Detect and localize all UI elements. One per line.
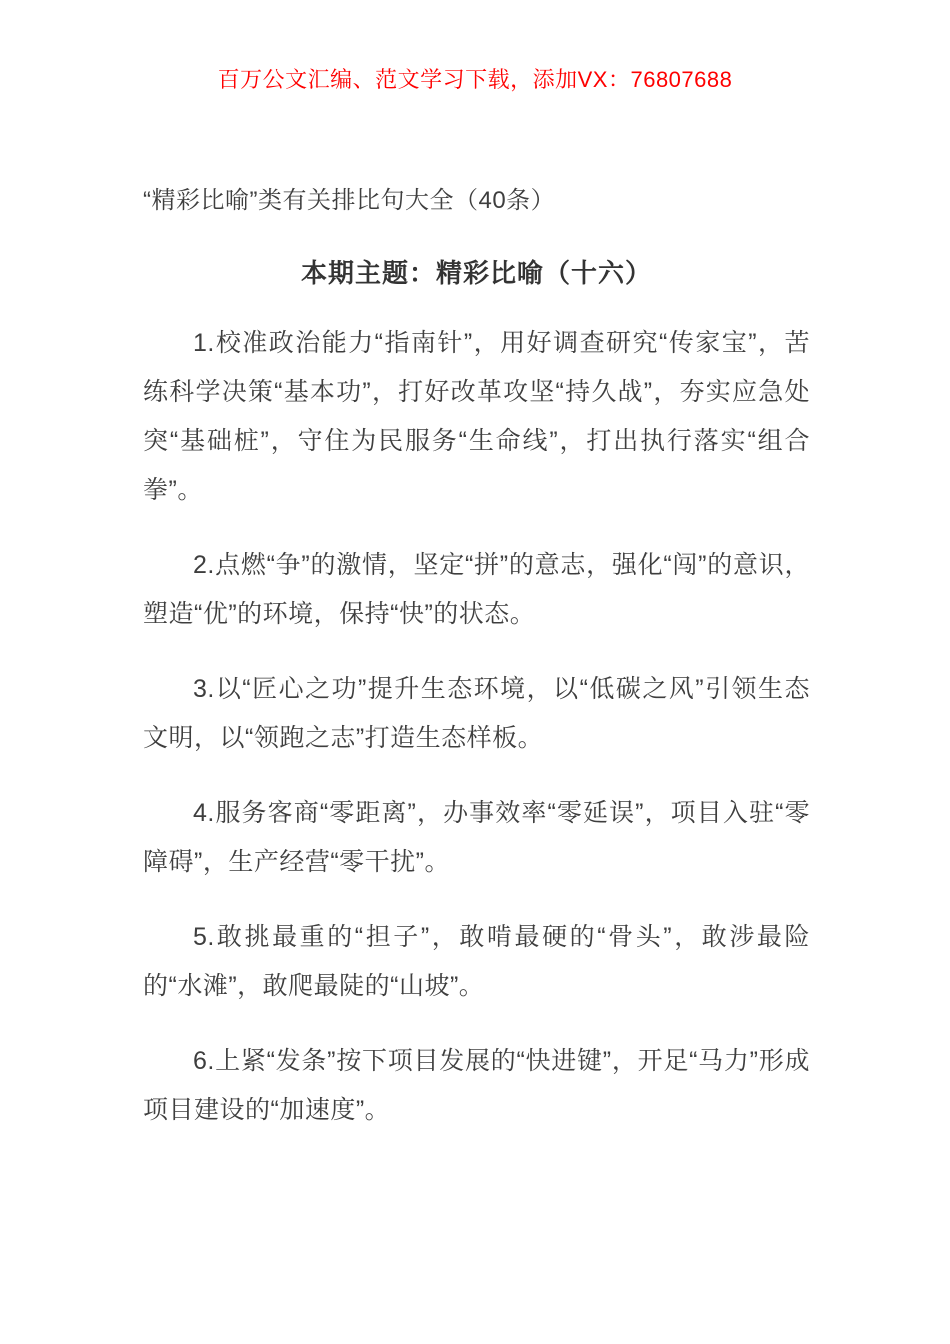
paragraph-item-1: 1.校准政治能力“指南针”，用好调查研究“传家宝”，苦练科学决策“基本功”，打好… [143, 319, 810, 515]
document-page: “精彩比喻”类有关排比句大全（40条） 本期主题：精彩比喻（十六） 1.校准政治… [0, 184, 950, 1135]
paragraph-item-2: 2.点燃“争”的激情，坚定“拼”的意志，强化“闯”的意识，塑造“优”的环境，保持… [143, 541, 810, 639]
paragraph-item-4: 4.服务客商“零距离”，办事效率“零延误”，项目入驻“零障碍”，生产经营“零干扰… [143, 789, 810, 887]
paragraph-item-3: 3.以“匠心之功”提升生态环境，以“低碳之风”引领生态文明，以“领跑之志”打造生… [143, 665, 810, 763]
document-title: “精彩比喻”类有关排比句大全（40条） [143, 184, 810, 218]
document-subtitle: 本期主题：精彩比喻（十六） [143, 254, 810, 292]
promo-banner: 百万公文汇编、范文学习下载，添加VX：76807688 [0, 0, 950, 96]
paragraph-item-5: 5.敢挑最重的“担子”，敢啃最硬的“骨头”，敢涉最险的“水滩”，敢爬最陡的“山坡… [143, 913, 810, 1011]
paragraph-item-6: 6.上紧“发条”按下项目发展的“快进键”，开足“马力”形成项目建设的“加速度”。 [143, 1037, 810, 1135]
